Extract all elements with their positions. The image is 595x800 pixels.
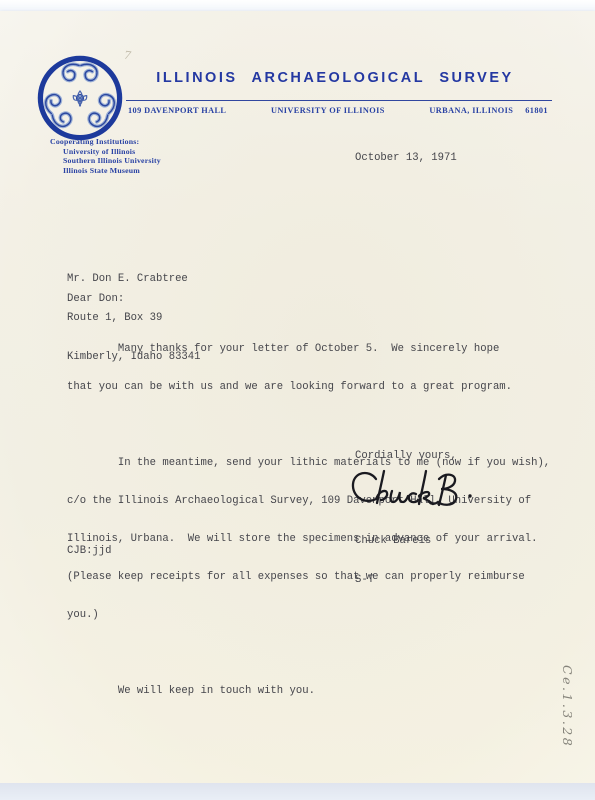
letterhead-rule [126, 100, 552, 101]
address-hall: 109 DAVENPORT HALL [128, 106, 226, 115]
address-city-zip: URBANA, ILLINOIS 61801 [429, 106, 548, 115]
letterhead-address-row: 109 DAVENPORT HALL UNIVERSITY OF ILLINOI… [128, 106, 548, 115]
scanner-background-bottom [0, 783, 595, 800]
signer-name: Chuck Bareis [355, 535, 431, 548]
cooperating-institution: University of Illinois [50, 147, 161, 157]
signature-block: Chuck Bareis S-T [355, 509, 431, 613]
organization-title: ILLINOIS ARCHAEOLOGICAL SURVEY [118, 70, 552, 86]
address-university: UNIVERSITY OF ILLINOIS [271, 106, 385, 115]
address-zip: 61801 [525, 106, 548, 115]
body-line: that you can be with us and we are looki… [67, 381, 550, 394]
pencil-mark: 7 [123, 49, 132, 63]
body-line [67, 647, 550, 660]
body-line: We will keep in touch with you. [67, 685, 550, 698]
salutation: Dear Don: [67, 293, 124, 306]
typist-reference: CJB:jjd [67, 545, 112, 558]
address-city: URBANA, ILLINOIS [429, 106, 513, 115]
body-line: Illinois, Urbana. We will store the spec… [67, 533, 550, 546]
letter-paper: ILLINOIS ARCHAEOLOGICAL SURVEY 109 DAVEN… [0, 11, 595, 784]
scanned-letter: ILLINOIS ARCHAEOLOGICAL SURVEY 109 DAVEN… [0, 0, 595, 800]
cooperating-institution: Southern Illinois University [50, 156, 161, 166]
scanner-background-top [0, 0, 595, 11]
letter-date: October 13, 1971 [355, 152, 457, 165]
cooperating-institution: Illinois State Museum [50, 166, 161, 176]
cooperating-institutions: Cooperating Institutions: University of … [50, 137, 161, 175]
body-line [67, 419, 550, 432]
survey-seal-icon [36, 54, 124, 142]
closing: Cordially yours, [355, 450, 457, 463]
body-line: (Please keep receipts for all expenses s… [67, 571, 550, 584]
cooperating-label: Cooperating Institutions: [50, 137, 161, 147]
body-line: Many thanks for your letter of October 5… [67, 343, 550, 356]
letter-body: Many thanks for your letter of October 5… [67, 318, 550, 723]
recipient-line: Mr. Don E. Crabtree [67, 273, 201, 286]
body-line: you.) [67, 609, 550, 622]
signer-title: S-T [355, 574, 431, 587]
catalog-number: Ce.1.3.28 [560, 665, 575, 748]
handwritten-signature [346, 467, 481, 515]
